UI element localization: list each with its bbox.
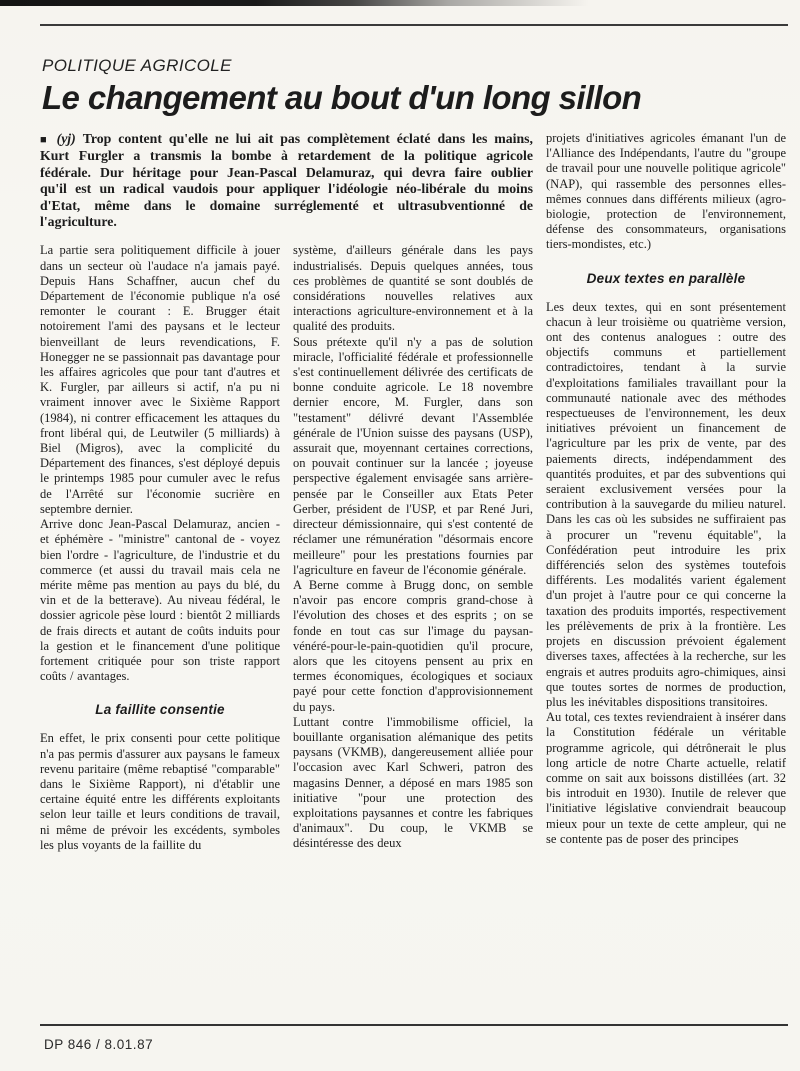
- article-body: ■ (yj) Trop content qu'elle ne lui ait p…: [40, 131, 786, 1019]
- paragraph: En effet, le prix consenti pour cette po…: [40, 731, 280, 853]
- paragraph: Sous prétexte qu'il n'y a pas de solutio…: [293, 335, 533, 578]
- footer-rule: [40, 1024, 788, 1026]
- footer-imprint: DP 846 / 8.01.87: [44, 1037, 153, 1052]
- lead-bullet-square-icon: ■: [40, 134, 50, 146]
- subhead-deux-textes-en-parallele: Deux textes en parallèle: [546, 271, 786, 286]
- subhead-la-faillite-consentie: La faillite consentie: [40, 702, 280, 717]
- paragraph: La partie sera politiquement difficile à…: [40, 243, 280, 517]
- lead-paragraph: ■ (yj) Trop content qu'elle ne lui ait p…: [40, 131, 533, 230]
- article-header: POLITIQUE AGRICOLE Le changement au bout…: [42, 56, 786, 117]
- paragraph: projets d'initiatives agricoles émanant …: [546, 131, 786, 253]
- columns-one-two: La partie sera politiquement difficile à…: [40, 243, 533, 1019]
- lead-byline: (yj): [57, 131, 76, 146]
- lead-text: Trop content qu'elle ne lui ait pas comp…: [40, 131, 533, 229]
- paragraph: système, d'ailleurs générale dans les pa…: [293, 243, 533, 334]
- paragraph: Les deux textes, qui en sont présentemen…: [546, 300, 786, 710]
- paragraph: Arrive donc Jean-Pascal Delamuraz, ancie…: [40, 517, 280, 684]
- paragraph: Au total, ces textes reviendraient à ins…: [546, 710, 786, 847]
- kicker: POLITIQUE AGRICOLE: [42, 56, 786, 76]
- paragraph: A Berne comme à Brugg donc, on semble n'…: [293, 578, 533, 715]
- scan-edge-artifact: [0, 0, 640, 6]
- headline: Le changement au bout d'un long sillon: [42, 79, 786, 117]
- column-2: système, d'ailleurs générale dans les pa…: [293, 243, 533, 1019]
- scanned-article-page: POLITIQUE AGRICOLE Le changement au bout…: [0, 0, 800, 1071]
- paragraph: Luttant contre l'immobilisme officiel, l…: [293, 715, 533, 852]
- top-rule: [40, 24, 788, 26]
- lead-and-columns-block: ■ (yj) Trop content qu'elle ne lui ait p…: [40, 131, 533, 1019]
- column-3: projets d'initiatives agricoles émanant …: [546, 131, 786, 1019]
- column-1: La partie sera politiquement difficile à…: [40, 243, 280, 1019]
